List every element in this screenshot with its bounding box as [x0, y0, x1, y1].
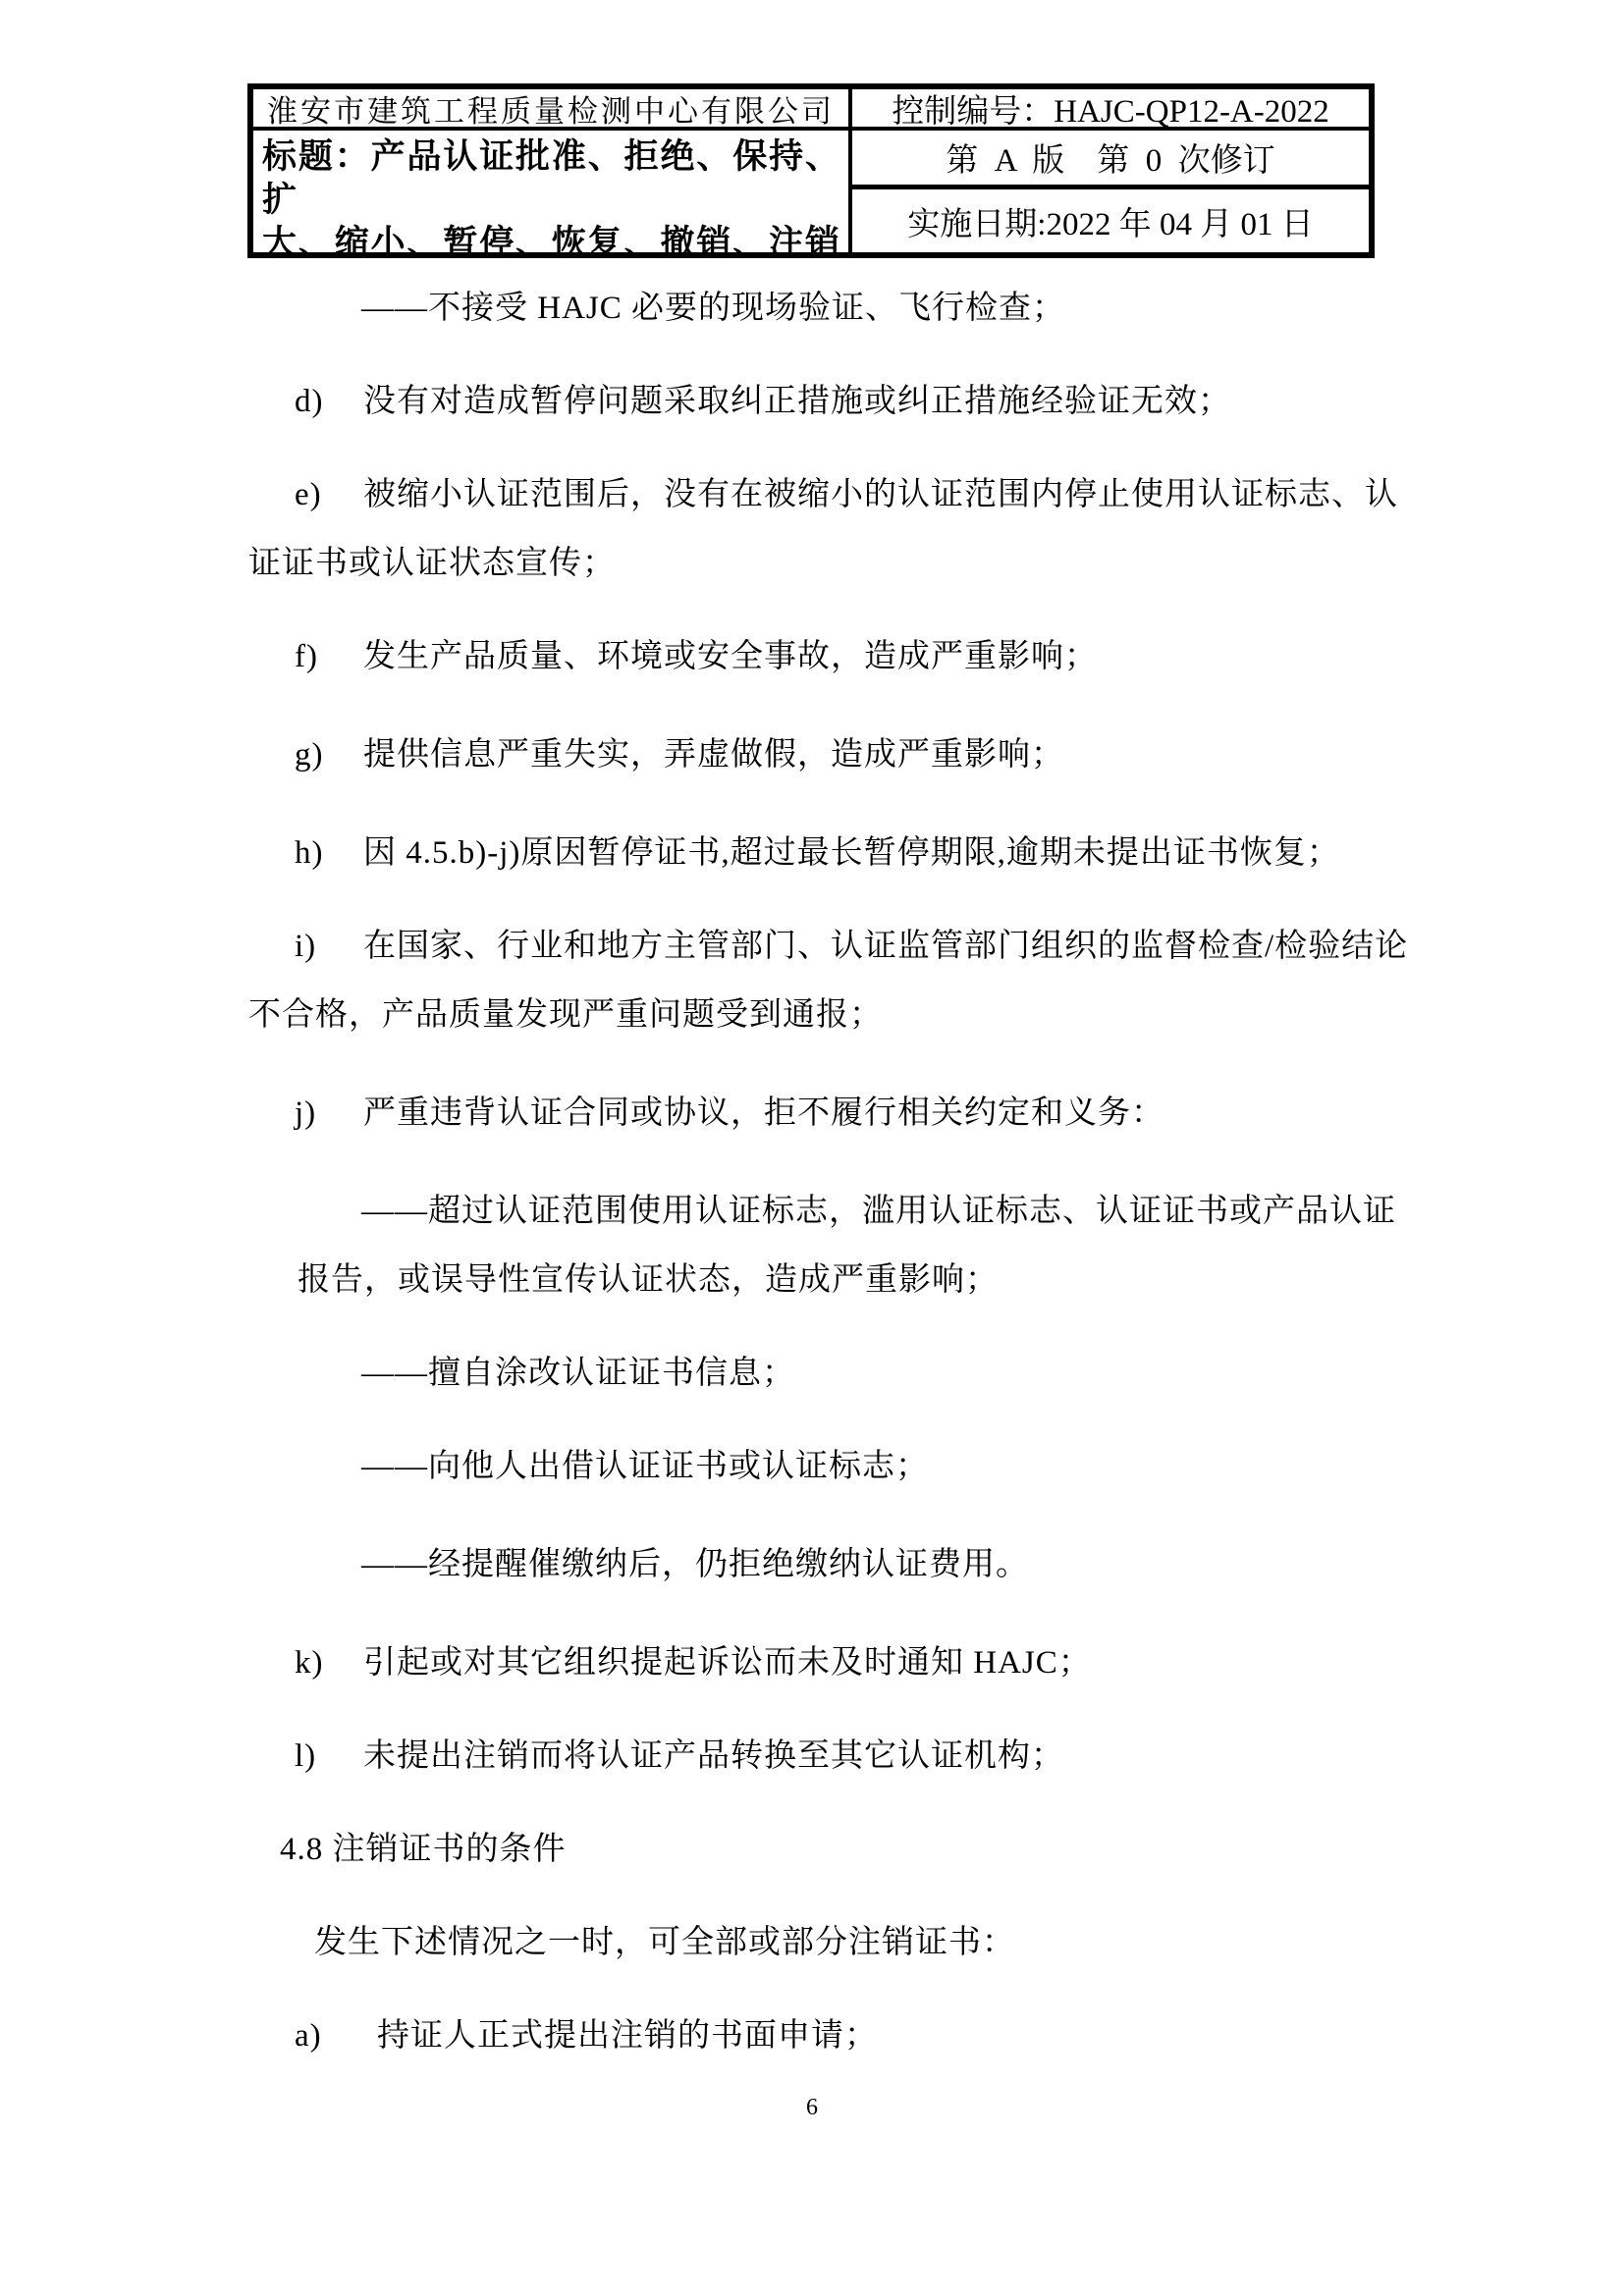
list-text-a: 持证人正式提出注销的书面申请； [377, 2018, 878, 2054]
version-cell: 第 A 版 第 0 次修订 [852, 131, 1369, 189]
list-text-h: 因 4.5.b)-j)原因暂停证书,超过最长暂停期限,逾期未提出证书恢复； [363, 835, 1340, 871]
list-item-g: g)提供信息严重失实，弄虚做假，造成严重影响； [295, 721, 1392, 789]
list-item-e-wrap: 证证书或认证状态宣传； [248, 529, 1392, 598]
list-text-f: 发生产品质量、环境或安全事故，造成严重影响； [363, 639, 1098, 674]
list-item-k: k)引起或对其它组织提起诉讼而未及时通知 HAJC； [295, 1629, 1392, 1697]
list-text-d: 没有对造成暂停问题采取纠正措施或纠正措施经验证无效； [363, 384, 1231, 419]
list-marker-l: l) [295, 1722, 363, 1790]
dash-item: ——向他人出借认证证书或认证标志； [361, 1432, 1392, 1501]
dash-item: ——超过认证范围使用认证标志，滥用认证标志、认证证书或产品认证 [361, 1177, 1392, 1246]
implementation-date: 实施日期:2022 年 04 月 01 日 [907, 198, 1313, 244]
implementation-date-cell: 实施日期:2022 年 04 月 01 日 [852, 189, 1369, 252]
control-number: 控制编号：HAJC-QP12-A-2022 [892, 89, 1329, 131]
page-number: 6 [0, 2093, 1624, 2122]
list-marker-f: f) [295, 622, 363, 691]
dash-item: ——经提醒催缴纳后，仍拒绝缴纳认证费用。 [361, 1530, 1392, 1599]
list-marker-g: g) [295, 721, 363, 789]
list-text-e: 被缩小认证范围后，没有在被缩小的认证范围内停止使用认证标志、认 [363, 477, 1398, 512]
list-text-g: 提供信息严重失实，弄虚做假，造成严重影响； [363, 737, 1064, 773]
list-marker-a: a) [295, 2002, 377, 2070]
doc-title-line-2: 大、缩小、暂停、恢复、撤销、注销的 [262, 222, 839, 252]
list-text-j: 严重违背认证合同或协议，拒不履行相关约定和义务： [363, 1095, 1164, 1131]
header-table: 淮安市建筑工程质量检测中心有限公司 标题：产品认证批准、拒绝、保持、扩 大、缩小… [247, 83, 1375, 258]
doc-title-cell: 标题：产品认证批准、拒绝、保持、扩 大、缩小、暂停、恢复、撤销、注销的 条件和程… [253, 131, 852, 252]
list-marker-i: i) [295, 912, 363, 981]
list-marker-e: e) [295, 460, 363, 529]
dash-item: ——擅自涂改认证证书信息； [361, 1339, 1392, 1408]
dash-item-wrap: 报告，或误导性宣传认证状态，造成严重影响； [298, 1246, 1392, 1314]
list-text-l: 未提出注销而将认证产品转换至其它认证机构； [363, 1738, 1064, 1774]
list-text-i: 在国家、行业和地方主管部门、认证监管部门组织的监督检查/检验结论 [363, 929, 1408, 964]
list-text-k: 引起或对其它组织提起诉讼而未及时通知 HAJC； [363, 1645, 1092, 1681]
list-item-f: f)发生产品质量、环境或安全事故，造成严重影响； [295, 622, 1392, 691]
list-item-d: d)没有对造成暂停问题采取纠正措施或纠正措施经验证无效； [295, 367, 1392, 436]
version-text: 第 A 版 第 0 次修订 [946, 134, 1275, 181]
list-item-i: i)在国家、行业和地方主管部门、认证监管部门组织的监督检查/检验结论 [295, 912, 1392, 981]
list-item-e: e)被缩小认证范围后，没有在被缩小的认证范围内停止使用认证标志、认 [295, 460, 1392, 529]
list-marker-h: h) [295, 819, 363, 887]
control-number-cell: 控制编号：HAJC-QP12-A-2022 [852, 89, 1369, 131]
company-name-cell: 淮安市建筑工程质量检测中心有限公司 [253, 89, 852, 131]
document-body: ——不接受 HAJC 必要的现场验证、飞行检查； d)没有对造成暂停问题采取纠正… [248, 274, 1392, 2070]
list-item-l: l)未提出注销而将认证产品转换至其它认证机构； [295, 1722, 1392, 1790]
list-marker-j: j) [295, 1079, 363, 1148]
doc-title-line-1: 标题：产品认证批准、拒绝、保持、扩 [262, 135, 839, 222]
list-item-i-wrap: 不合格，产品质量发现严重问题受到通报； [248, 981, 1392, 1049]
list-item-j: j)严重违背认证合同或协议，拒不履行相关约定和义务： [295, 1079, 1392, 1148]
list-item-h: h)因 4.5.b)-j)原因暂停证书,超过最长暂停期限,逾期未提出证书恢复； [295, 819, 1392, 887]
dash-item: ——不接受 HAJC 必要的现场验证、飞行检查； [361, 274, 1392, 343]
intro-sentence: 发生下述情况之一时，可全部或部分注销证书： [314, 1908, 1392, 1977]
section-heading-4-8: 4.8 注销证书的条件 [280, 1815, 1392, 1884]
list-marker-k: k) [295, 1629, 363, 1697]
company-name: 淮安市建筑工程质量检测中心有限公司 [267, 89, 835, 131]
list-marker-d: d) [295, 367, 363, 436]
list-item-a: a)持证人正式提出注销的书面申请； [295, 2002, 1392, 2070]
